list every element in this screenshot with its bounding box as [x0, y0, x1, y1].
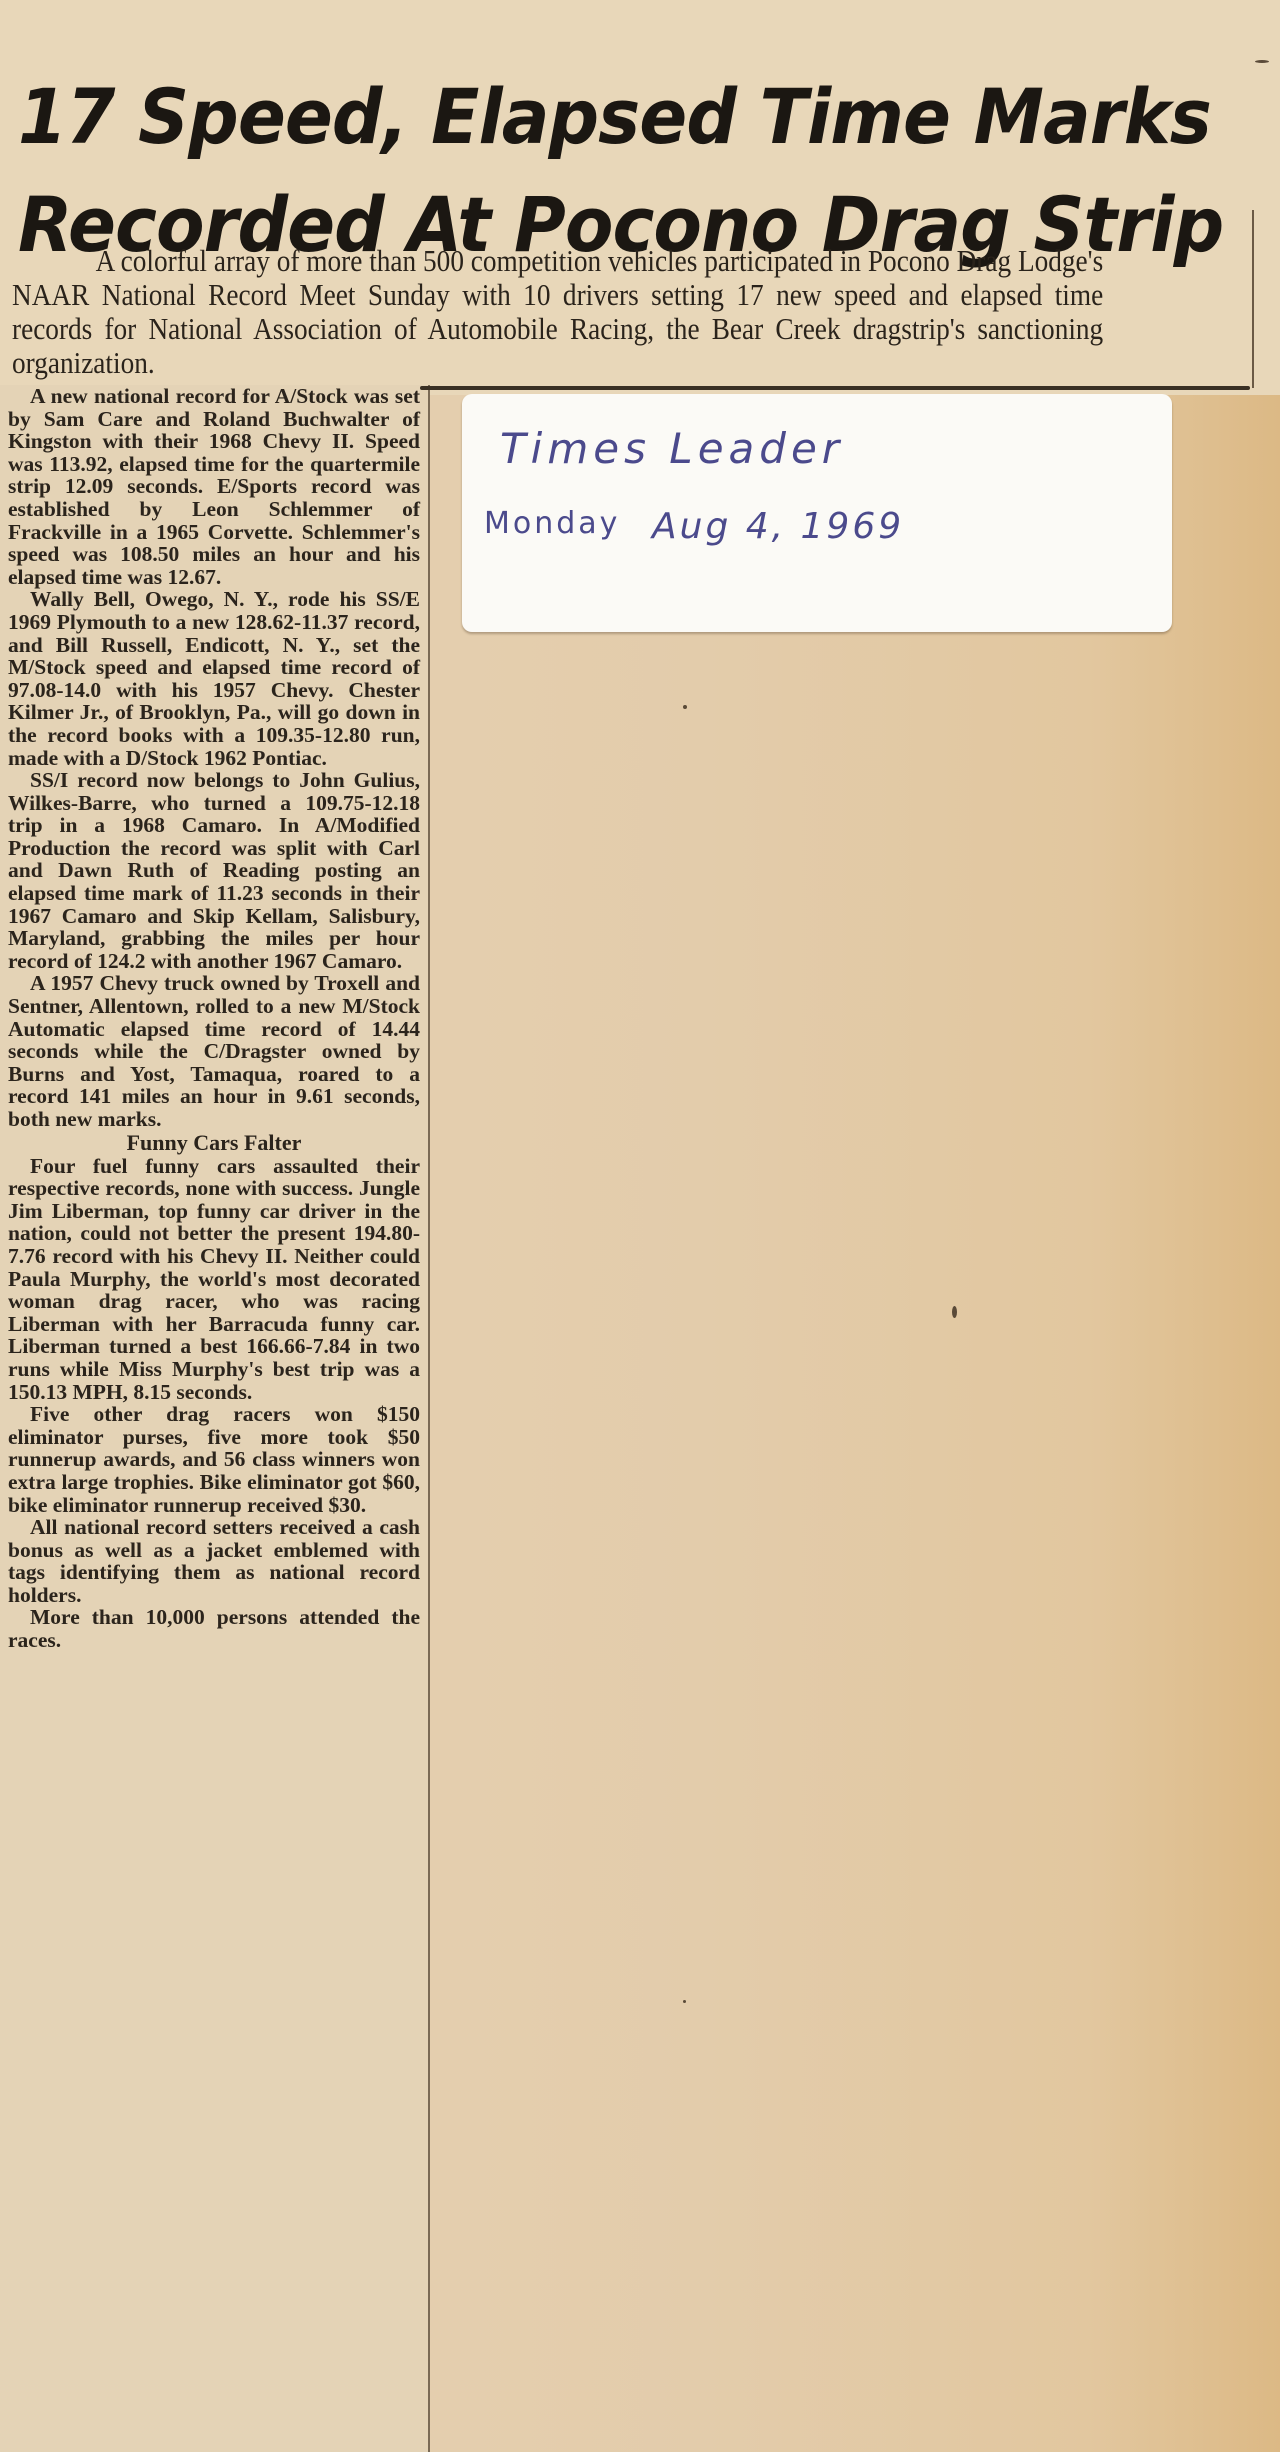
paper-speck	[952, 1306, 957, 1318]
headline-line-1: 17 Speed, Elapsed Time Marks	[18, 63, 1171, 171]
note-weekday: Monday	[484, 506, 620, 541]
article-column: A new national record for A/Stock was se…	[0, 385, 430, 2452]
lede-paragraph: A colorful array of more than 500 compet…	[12, 244, 1103, 380]
body-paragraph: SS/I record now belongs to John Gulius, …	[8, 769, 420, 972]
body-paragraph: Four fuel funny cars assaulted their res…	[8, 1155, 420, 1404]
article-body: A new national record for A/Stock was se…	[8, 385, 420, 1652]
body-paragraph: A new national record for A/Stock was se…	[8, 385, 420, 588]
handwritten-label: Times Leader Monday Aug 4, 1969	[462, 394, 1172, 632]
note-publication: Times Leader	[500, 424, 844, 473]
body-paragraph: More than 10,000 persons attended the ra…	[8, 1606, 420, 1651]
paper-speck	[1255, 60, 1269, 63]
paper-speck	[683, 2000, 686, 2003]
section-divider	[420, 386, 1250, 390]
subhead: Funny Cars Falter	[8, 1131, 420, 1155]
note-date: Aug 4, 1969	[652, 506, 904, 547]
body-paragraph: All national record setters received a c…	[8, 1516, 420, 1606]
lede-text: A colorful array of more than 500 compet…	[12, 244, 1103, 380]
body-paragraph: A 1957 Chevy truck owned by Troxell and …	[8, 972, 420, 1130]
body-paragraph: Five other drag racers won $150 eliminat…	[8, 1403, 420, 1516]
clipping-edge-rule	[1252, 210, 1254, 388]
body-paragraph: Wally Bell, Owego, N. Y., rode his SS/E …	[8, 588, 420, 769]
paper-speck	[683, 705, 687, 709]
